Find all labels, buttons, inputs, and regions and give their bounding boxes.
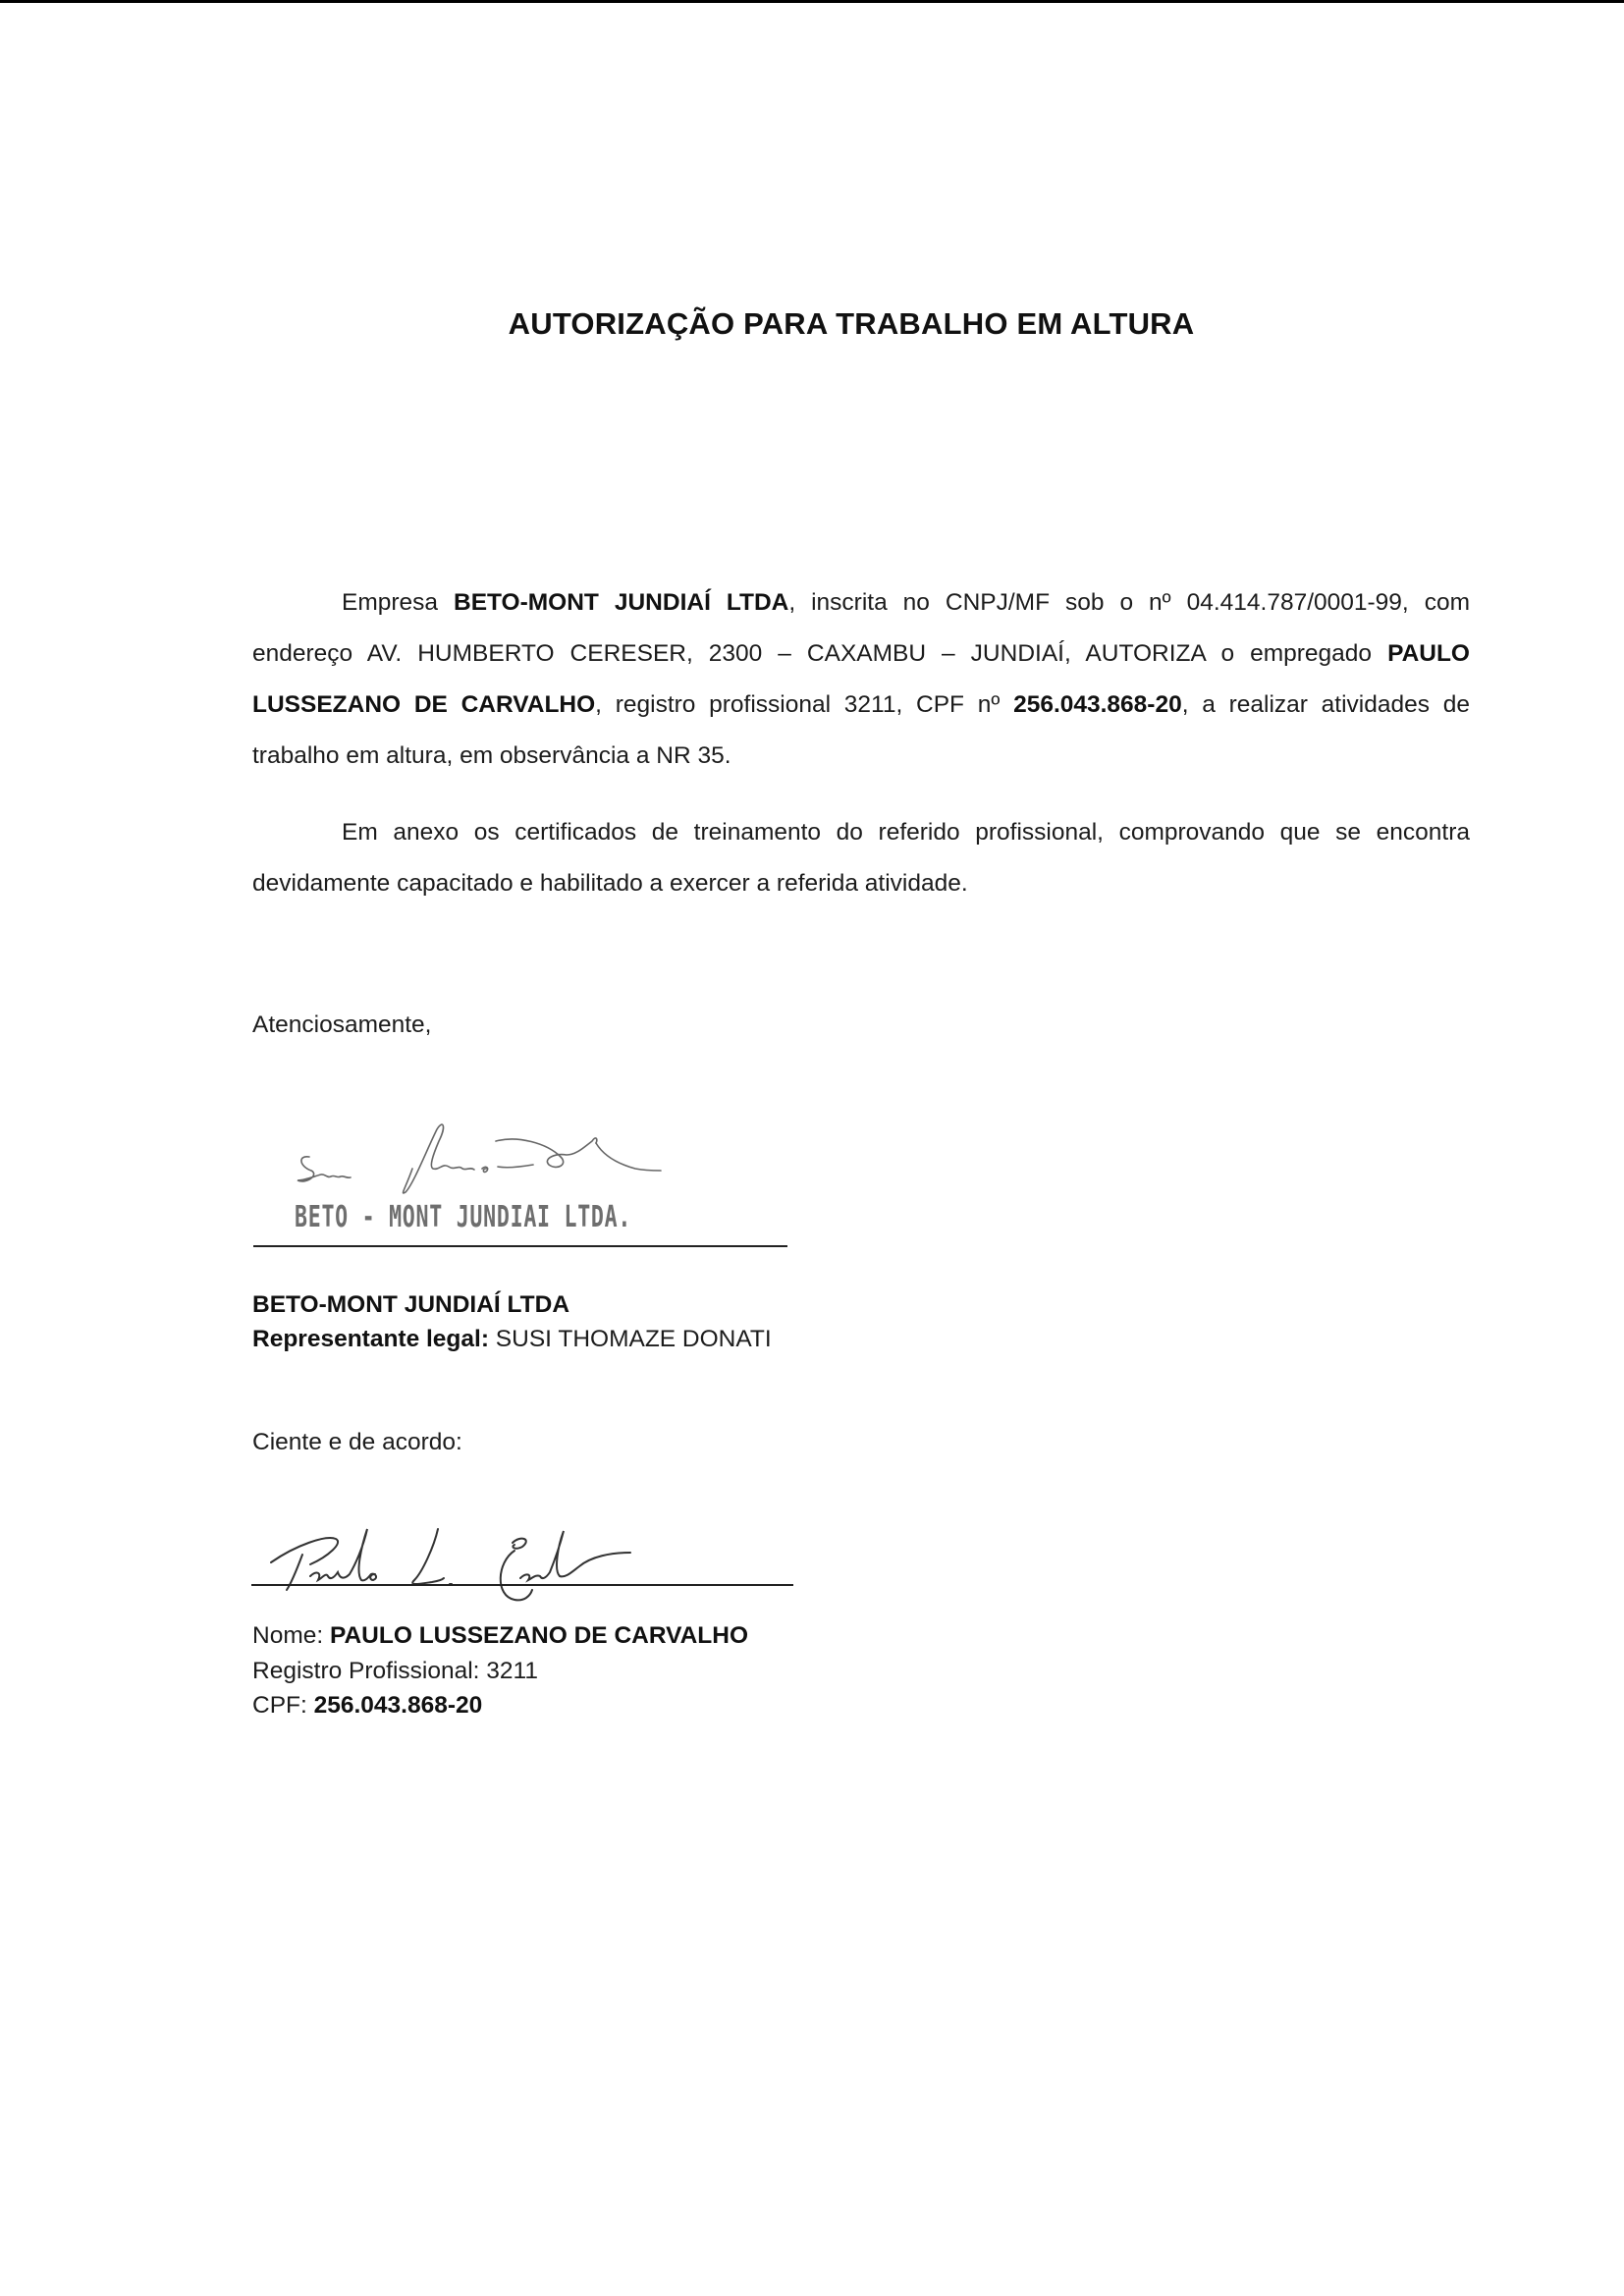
employee-signature-line [251, 1584, 793, 1586]
employee-signature-scribble [257, 1517, 689, 1615]
employee-cpf: 256.043.868-20 [314, 1692, 483, 1719]
employee-registration: Registro Profissional: 3211 [252, 1658, 538, 1685]
representative-label: Representante legal: [252, 1326, 489, 1352]
company-name-label: BETO-MONT JUNDIAÍ LTDA [252, 1291, 569, 1319]
page-top-edge [0, 0, 1624, 3]
certificates-paragraph: Em anexo os certificados de treinamento … [252, 807, 1470, 909]
company-signature-line [253, 1245, 787, 1247]
company-signature-scribble [290, 1120, 682, 1208]
closing-text: Atenciosamente, [252, 1011, 432, 1039]
representative-name: SUSI THOMAZE DONATI [489, 1326, 772, 1352]
text-segment: , registro profissional 3211, CPF nº [595, 691, 1013, 718]
legal-representative: Representante legal: SUSI THOMAZE DONATI [252, 1326, 772, 1353]
employee-cpf-line: CPF: 256.043.868-20 [252, 1692, 482, 1720]
text-segment: Em anexo os certificados de treinamento … [252, 819, 1470, 897]
text-segment: Empresa [342, 589, 454, 616]
employee-cpf: 256.043.868-20 [1013, 691, 1182, 718]
authorization-paragraph: Empresa BETO-MONT JUNDIAÍ LTDA, inscrita… [252, 577, 1470, 782]
company-stamp: BETO - MONT JUNDIAI LTDA. [295, 1200, 631, 1234]
agreement-label: Ciente e de acordo: [252, 1429, 462, 1456]
company-name: BETO-MONT JUNDIAÍ LTDA [454, 589, 788, 616]
name-label: Nome: [252, 1622, 330, 1649]
employee-name-line: Nome: PAULO LUSSEZANO DE CARVALHO [252, 1622, 748, 1650]
document-title: AUTORIZAÇÃO PARA TRABALHO EM ALTURA [0, 306, 1624, 342]
employee-name: PAULO LUSSEZANO DE CARVALHO [330, 1622, 748, 1649]
cpf-label: CPF: [252, 1692, 314, 1719]
